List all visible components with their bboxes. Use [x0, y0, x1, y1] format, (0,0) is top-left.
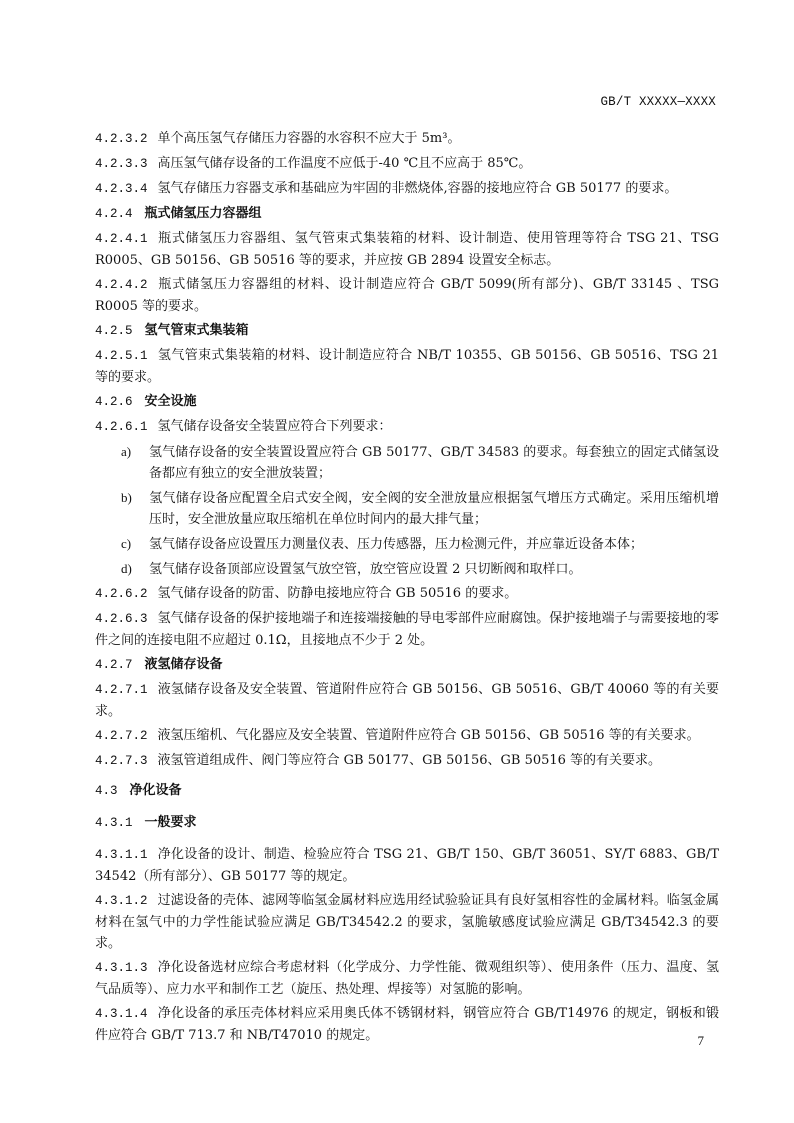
document-body: 4.2.3.2单个高压氢气存储压力容器的水容积不应大于 5m³。4.2.3.3高…	[95, 128, 719, 1049]
clause-text: 安全设施	[145, 394, 197, 409]
clause-number: 4.2.4.2	[95, 278, 148, 292]
clause-text: 一般要求	[145, 815, 197, 830]
clause-text: 过滤设备的壳体、滤网等临氢金属材料应选用经试验验证具有良好氢相容性的金属材料。临…	[95, 893, 719, 951]
clause-number: 4.2.5	[95, 324, 133, 338]
clause-number: 4.2.3.3	[95, 157, 148, 171]
clause-paragraph: 4.3.1.4净化设备的承压壳体材料应采用奥氏体不锈钢材料，钢管应符合 GB/T…	[95, 1003, 719, 1046]
heading-title: 4.2.6安全设施	[95, 391, 719, 413]
clause-text: 氢气存储压力容器支承和基础应为牢固的非燃烧体,容器的接地应符合 GB 50177…	[158, 181, 678, 196]
clause-paragraph: 4.2.3.2单个高压氢气存储压力容器的水容积不应大于 5m³。	[95, 128, 719, 150]
clause-paragraph: 4.2.7.1液氢储存设备及安全装置、管道附件应符合 GB 50156、GB 5…	[95, 679, 719, 722]
document-code-header: GB/T XXXXX—XXXX	[600, 95, 716, 109]
clause-text: 液氢压缩机、气化器应及安全装置、管道附件应符合 GB 50156、GB 5051…	[158, 728, 700, 743]
clause-text: 氢气储存设备应设置压力测量仪表、压力传感器，压力检测元件，并应靠近设备本体；	[149, 537, 643, 552]
clause-number: 4.2.6.1	[95, 420, 148, 434]
clause-text: 氢气储存设备的保护接地端子和连接端接触的导电零部件应耐腐蚀。保护接地端子与需要接…	[95, 611, 719, 648]
clause-text: 氢气管束式集装箱的材料、设计制造应符合 NB/T 10355、GB 50156、…	[95, 348, 719, 385]
clause-text: 氢气储存设备应配置全启式安全阀，安全阀的安全泄放量应根据氢气增压方式确定。采用压…	[149, 491, 719, 527]
clause-text: 净化设备	[130, 783, 182, 798]
clause-text: 液氢储存设备及安全装置、管道附件应符合 GB 50156、GB 50516、GB…	[95, 682, 719, 719]
list-item: d)氢气储存设备顶部应设置氢气放空管，放空管应设置 2 只切断阀和取样口。	[95, 558, 719, 580]
clause-paragraph: 4.2.4.2瓶式储氢压力容器组的材料、设计制造应符合 GB/T 5099(所有…	[95, 274, 719, 317]
clause-text: 瓶式储氢压力容器组的材料、设计制造应符合 GB/T 5099(所有部分)、GB/…	[95, 277, 719, 314]
clause-number: 4.2.7.2	[95, 729, 148, 743]
clause-paragraph: 4.2.5.1氢气管束式集装箱的材料、设计制造应符合 NB/T 10355、GB…	[95, 345, 719, 388]
list-item: a)氢气储存设备的安全装置设置应符合 GB 50177、GB/T 34583 的…	[95, 441, 719, 484]
clause-paragraph: 4.2.7.2液氢压缩机、气化器应及安全装置、管道附件应符合 GB 50156、…	[95, 725, 719, 747]
clause-text: 液氢管道组成件、阀门等应符合 GB 50177、GB 50156、GB 5051…	[158, 753, 662, 768]
clause-text: 液氢储存设备	[145, 657, 223, 672]
clause-number: 4.2.6.2	[95, 587, 148, 601]
clause-paragraph: 4.2.7.3液氢管道组成件、阀门等应符合 GB 50177、GB 50156、…	[95, 750, 719, 772]
clause-number: 4.2.6	[95, 395, 133, 409]
clause-number: 4.2.7.1	[95, 683, 148, 697]
clause-text: 氢气储存设备的防雷、防静电接地应符合 GB 50516 的要求。	[158, 586, 518, 601]
list-marker: d)	[121, 558, 149, 579]
clause-text: 高压氢气储存设备的工作温度不应低于-40 ℃且不应高于 85℃。	[158, 156, 532, 171]
heading-title: 4.2.4瓶式储氢压力容器组	[95, 203, 719, 225]
clause-text: 瓶式储氢压力容器组、氢气管束式集装箱的材料、设计制造、使用管理等符合 TSG 2…	[95, 231, 719, 268]
list-marker: b)	[121, 487, 149, 508]
clause-paragraph: 4.2.6.3氢气储存设备的保护接地端子和连接端接触的导电零部件应耐腐蚀。保护接…	[95, 608, 719, 651]
section-title: 4.3净化设备	[95, 780, 719, 802]
heading-title: 4.2.7液氢储存设备	[95, 654, 719, 676]
clause-text: 净化设备的设计、制造、检验应符合 TSG 21、GB/T 150、GB/T 36…	[95, 847, 719, 884]
clause-paragraph: 4.3.1.1净化设备的设计、制造、检验应符合 TSG 21、GB/T 150、…	[95, 844, 719, 887]
clause-paragraph: 4.2.3.3高压氢气储存设备的工作温度不应低于-40 ℃且不应高于 85℃。	[95, 153, 719, 175]
clause-text: 氢气管束式集装箱	[145, 323, 249, 338]
clause-text: 氢气储存设备安全装置应符合下列要求：	[158, 419, 392, 434]
clause-number: 4.3	[95, 784, 118, 798]
clause-paragraph: 4.2.6.1氢气储存设备安全装置应符合下列要求：	[95, 416, 719, 438]
heading-title: 4.2.5氢气管束式集装箱	[95, 320, 719, 342]
clause-number: 4.2.6.3	[95, 612, 148, 626]
list-item: b)氢气储存设备应配置全启式安全阀，安全阀的安全泄放量应根据氢气增压方式确定。采…	[95, 487, 719, 530]
clause-number: 4.3.1.1	[95, 848, 148, 862]
clause-number: 4.2.3.2	[95, 132, 148, 146]
clause-text: 单个高压氢气存储压力容器的水容积不应大于 5m³。	[158, 131, 461, 146]
clause-number: 4.3.1.2	[95, 894, 148, 908]
page-number: 7	[698, 1033, 705, 1049]
list-marker: a)	[121, 441, 149, 462]
clause-number: 4.3.1	[95, 816, 133, 830]
document-page: GB/T XXXXX—XXXX 4.2.3.2单个高压氢气存储压力容器的水容积不…	[0, 0, 794, 1123]
list-marker: c)	[121, 533, 149, 554]
clause-paragraph: 4.2.4.1瓶式储氢压力容器组、氢气管束式集装箱的材料、设计制造、使用管理等符…	[95, 228, 719, 271]
clause-text: 氢气储存设备顶部应设置氢气放空管，放空管应设置 2 只切断阀和取样口。	[149, 562, 582, 577]
clause-text: 氢气储存设备的安全装置设置应符合 GB 50177、GB/T 34583 的要求…	[149, 445, 719, 481]
clause-text: 净化设备选材应综合考虑材料（化学成分、力学性能、微观组织等）、使用条件（压力、温…	[95, 960, 719, 997]
clause-text: 瓶式储氢压力容器组	[145, 206, 262, 221]
clause-paragraph: 4.2.6.2氢气储存设备的防雷、防静电接地应符合 GB 50516 的要求。	[95, 583, 719, 605]
clause-number: 4.2.4.1	[95, 232, 148, 246]
clause-text: 净化设备的承压壳体材料应采用奥氏体不锈钢材料，钢管应符合 GB/T14976 的…	[95, 1006, 719, 1043]
clause-paragraph: 4.3.1.2过滤设备的壳体、滤网等临氢金属材料应选用经试验验证具有良好氢相容性…	[95, 890, 719, 954]
clause-number: 4.2.7.3	[95, 754, 148, 768]
clause-number: 4.2.7	[95, 658, 133, 672]
clause-number: 4.3.1.3	[95, 961, 148, 975]
clause-number: 4.3.1.4	[95, 1007, 148, 1021]
clause-number: 4.2.5.1	[95, 349, 148, 363]
clause-number: 4.2.3.4	[95, 182, 148, 196]
list-item: c)氢气储存设备应设置压力测量仪表、压力传感器，压力检测元件，并应靠近设备本体；	[95, 533, 719, 555]
subheading-title: 4.3.1一般要求	[95, 812, 719, 834]
clause-paragraph: 4.2.3.4氢气存储压力容器支承和基础应为牢固的非燃烧体,容器的接地应符合 G…	[95, 178, 719, 200]
clause-paragraph: 4.3.1.3净化设备选材应综合考虑材料（化学成分、力学性能、微观组织等）、使用…	[95, 957, 719, 1000]
clause-number: 4.2.4	[95, 207, 133, 221]
